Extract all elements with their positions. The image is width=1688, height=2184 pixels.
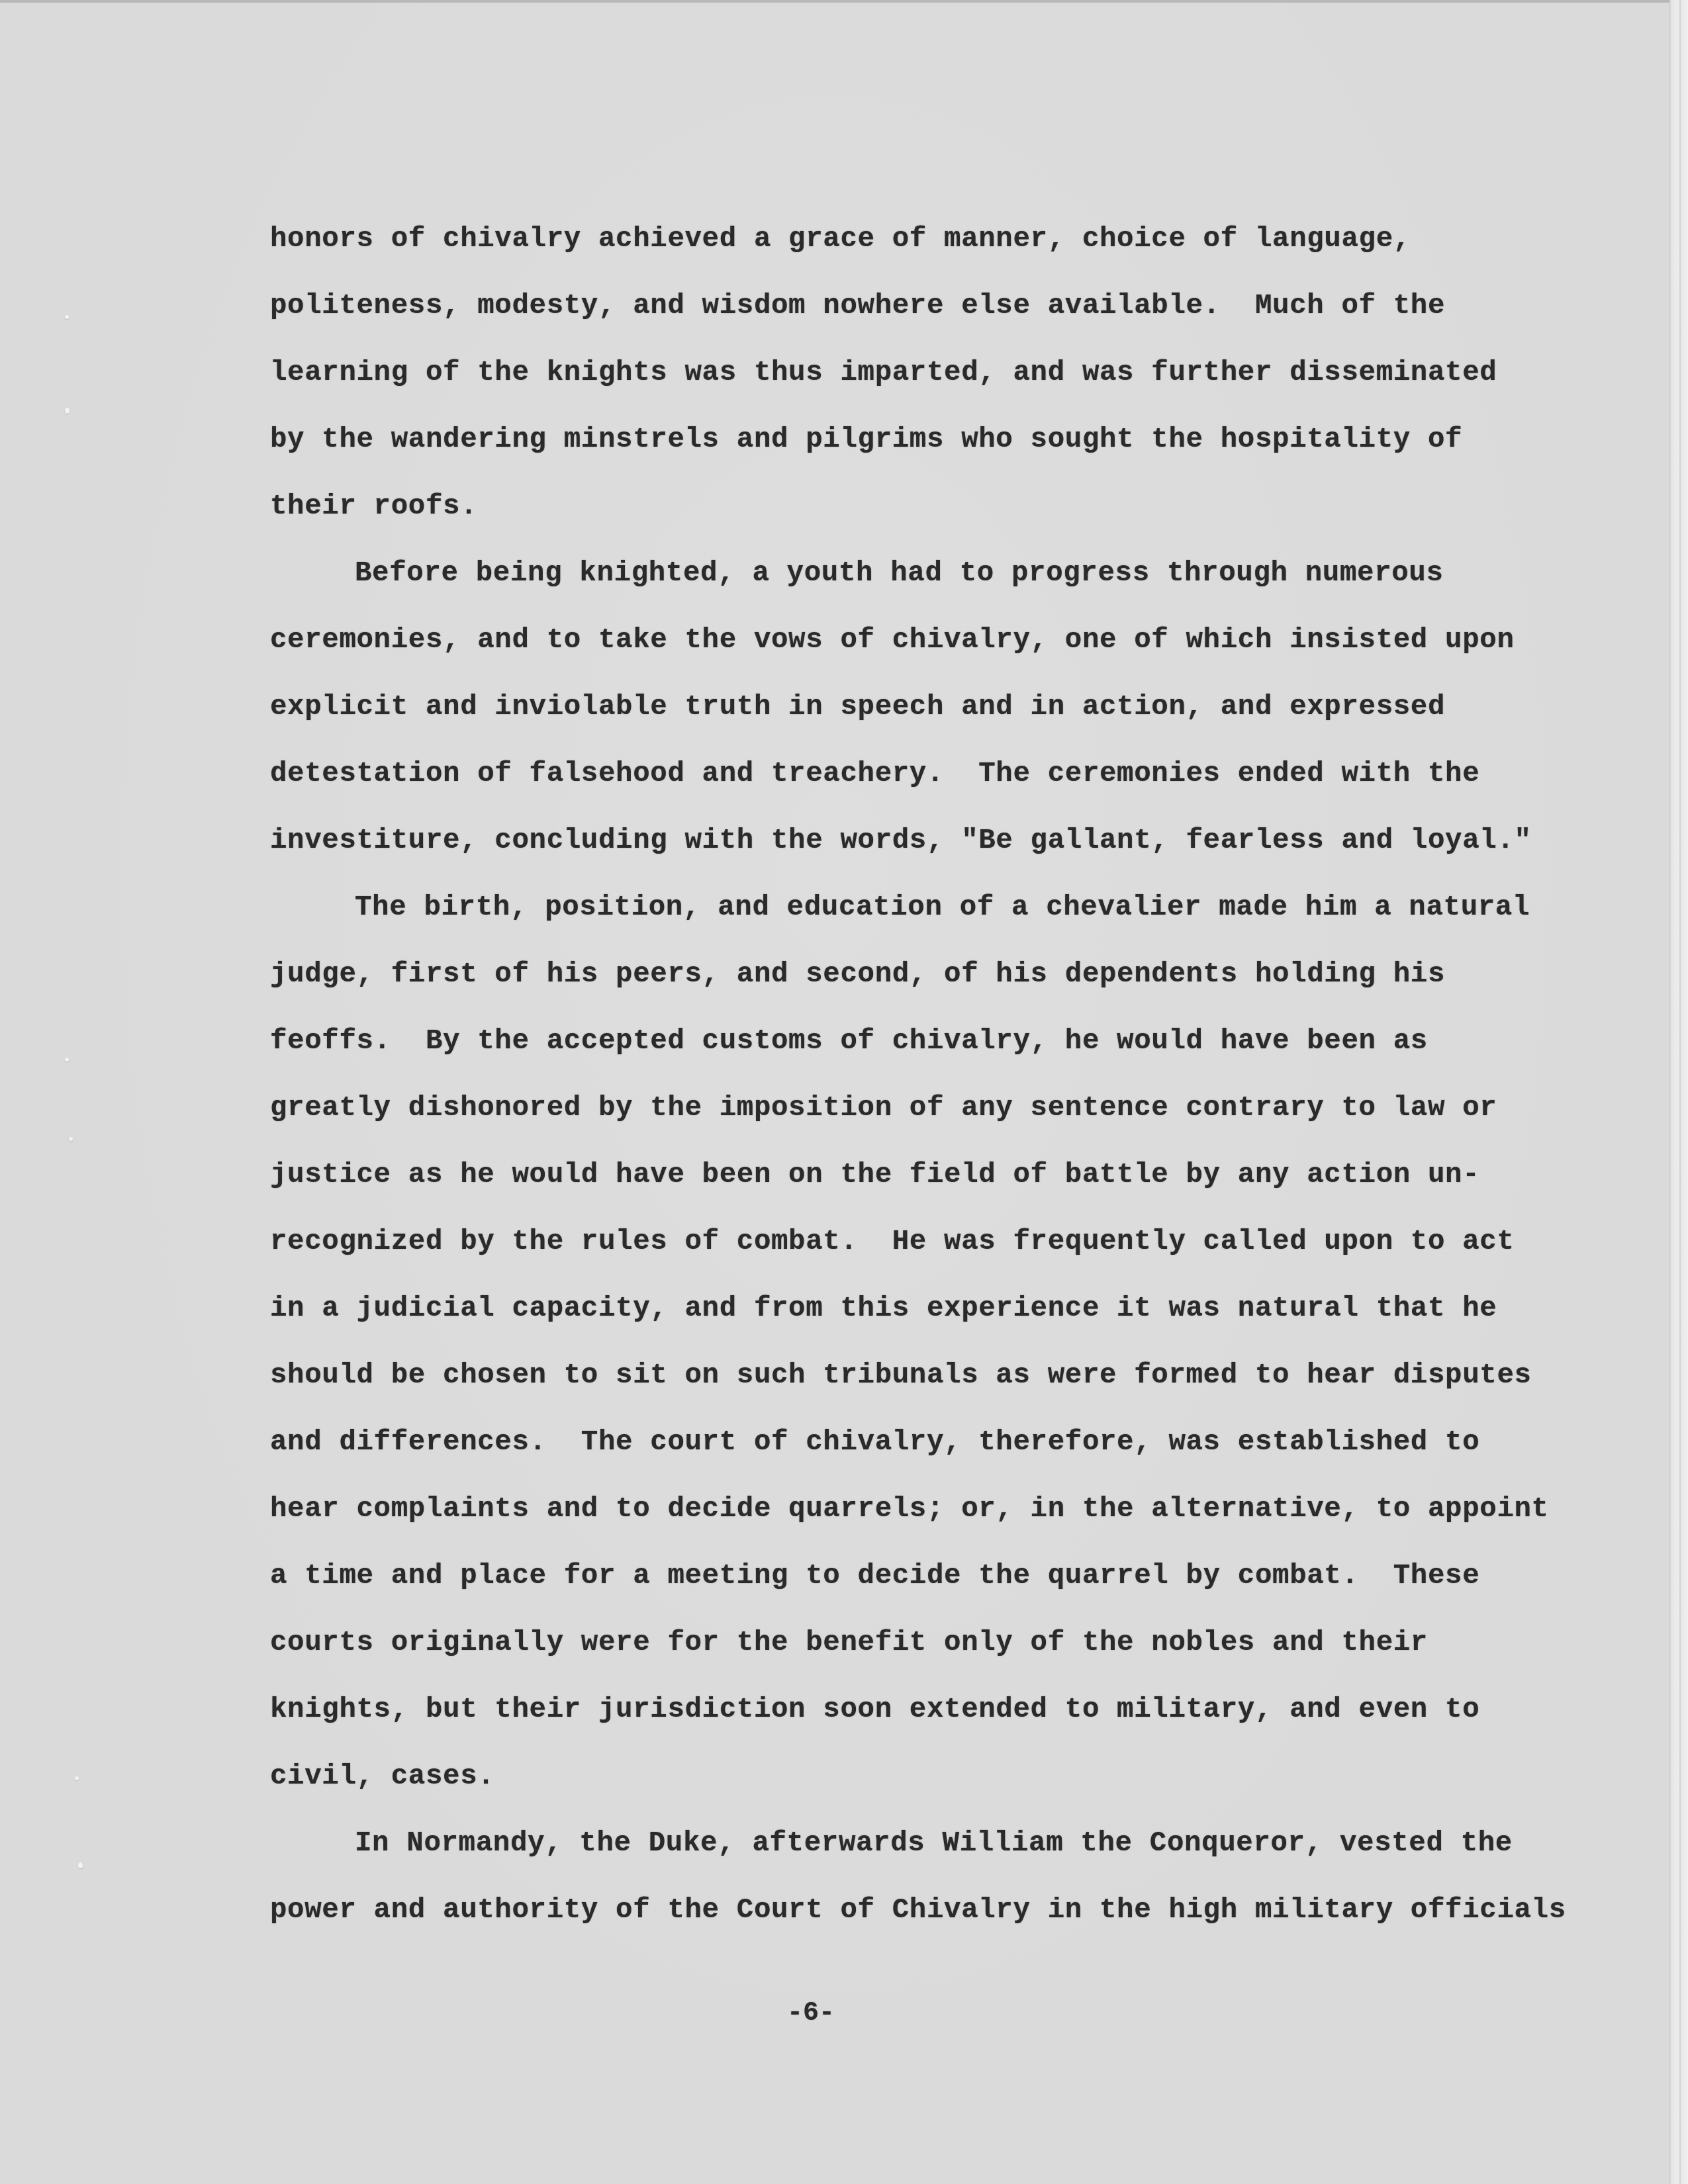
margin-speck (65, 315, 69, 319)
text-line: detestation of falsehood and treachery. … (270, 751, 1568, 817)
text-line: justice as he would have been on the fie… (270, 1152, 1568, 1218)
margin-speck (78, 1862, 83, 1868)
text-line: investiture, concluding with the words, … (270, 817, 1568, 884)
text-line: greatly dishonored by the imposition of … (270, 1085, 1568, 1152)
text-line: Before being knighted, a youth had to pr… (270, 550, 1568, 617)
text-line: a time and place for a meeting to decide… (270, 1553, 1568, 1619)
body-text: honors of chivalry achieved a grace of m… (270, 216, 1568, 1954)
page-top-edge (0, 0, 1669, 3)
text-line: courts originally were for the benefit o… (270, 1619, 1568, 1686)
text-line: In Normandy, the Duke, afterwards Willia… (270, 1820, 1568, 1887)
text-line: should be chosen to sit on such tribunal… (270, 1352, 1568, 1419)
margin-speck (65, 1058, 69, 1062)
text-line: honors of chivalry achieved a grace of m… (270, 216, 1568, 283)
scan-edge-band (1669, 0, 1688, 2184)
text-line: politeness, modesty, and wisdom nowhere … (270, 283, 1568, 349)
document-page: honors of chivalry achieved a grace of m… (0, 0, 1669, 2184)
text-line: power and authority of the Court of Chiv… (270, 1887, 1568, 1954)
text-line: explicit and inviolable truth in speech … (270, 684, 1568, 751)
text-line: in a judicial capacity, and from this ex… (270, 1285, 1568, 1352)
text-line: and differences. The court of chivalry, … (270, 1419, 1568, 1486)
text-line: knights, but their jurisdiction soon ext… (270, 1686, 1568, 1753)
text-line: civil, cases. (270, 1753, 1568, 1820)
margin-speck (75, 1776, 79, 1780)
text-line: The birth, position, and education of a … (270, 884, 1568, 951)
text-line: by the wandering minstrels and pilgrims … (270, 416, 1568, 483)
text-line: ceremonies, and to take the vows of chiv… (270, 617, 1568, 684)
text-line: their roofs. (270, 483, 1568, 550)
text-line: judge, first of his peers, and second, o… (270, 951, 1568, 1018)
margin-speck (69, 1137, 73, 1141)
text-line: learning of the knights was thus imparte… (270, 349, 1568, 416)
page-number: -6- (787, 1999, 835, 2028)
text-line: hear complaints and to decide quarrels; … (270, 1486, 1568, 1553)
text-line: recognized by the rules of combat. He wa… (270, 1218, 1568, 1285)
text-line: feoffs. By the accepted customs of chiva… (270, 1018, 1568, 1085)
margin-speck (65, 408, 70, 414)
